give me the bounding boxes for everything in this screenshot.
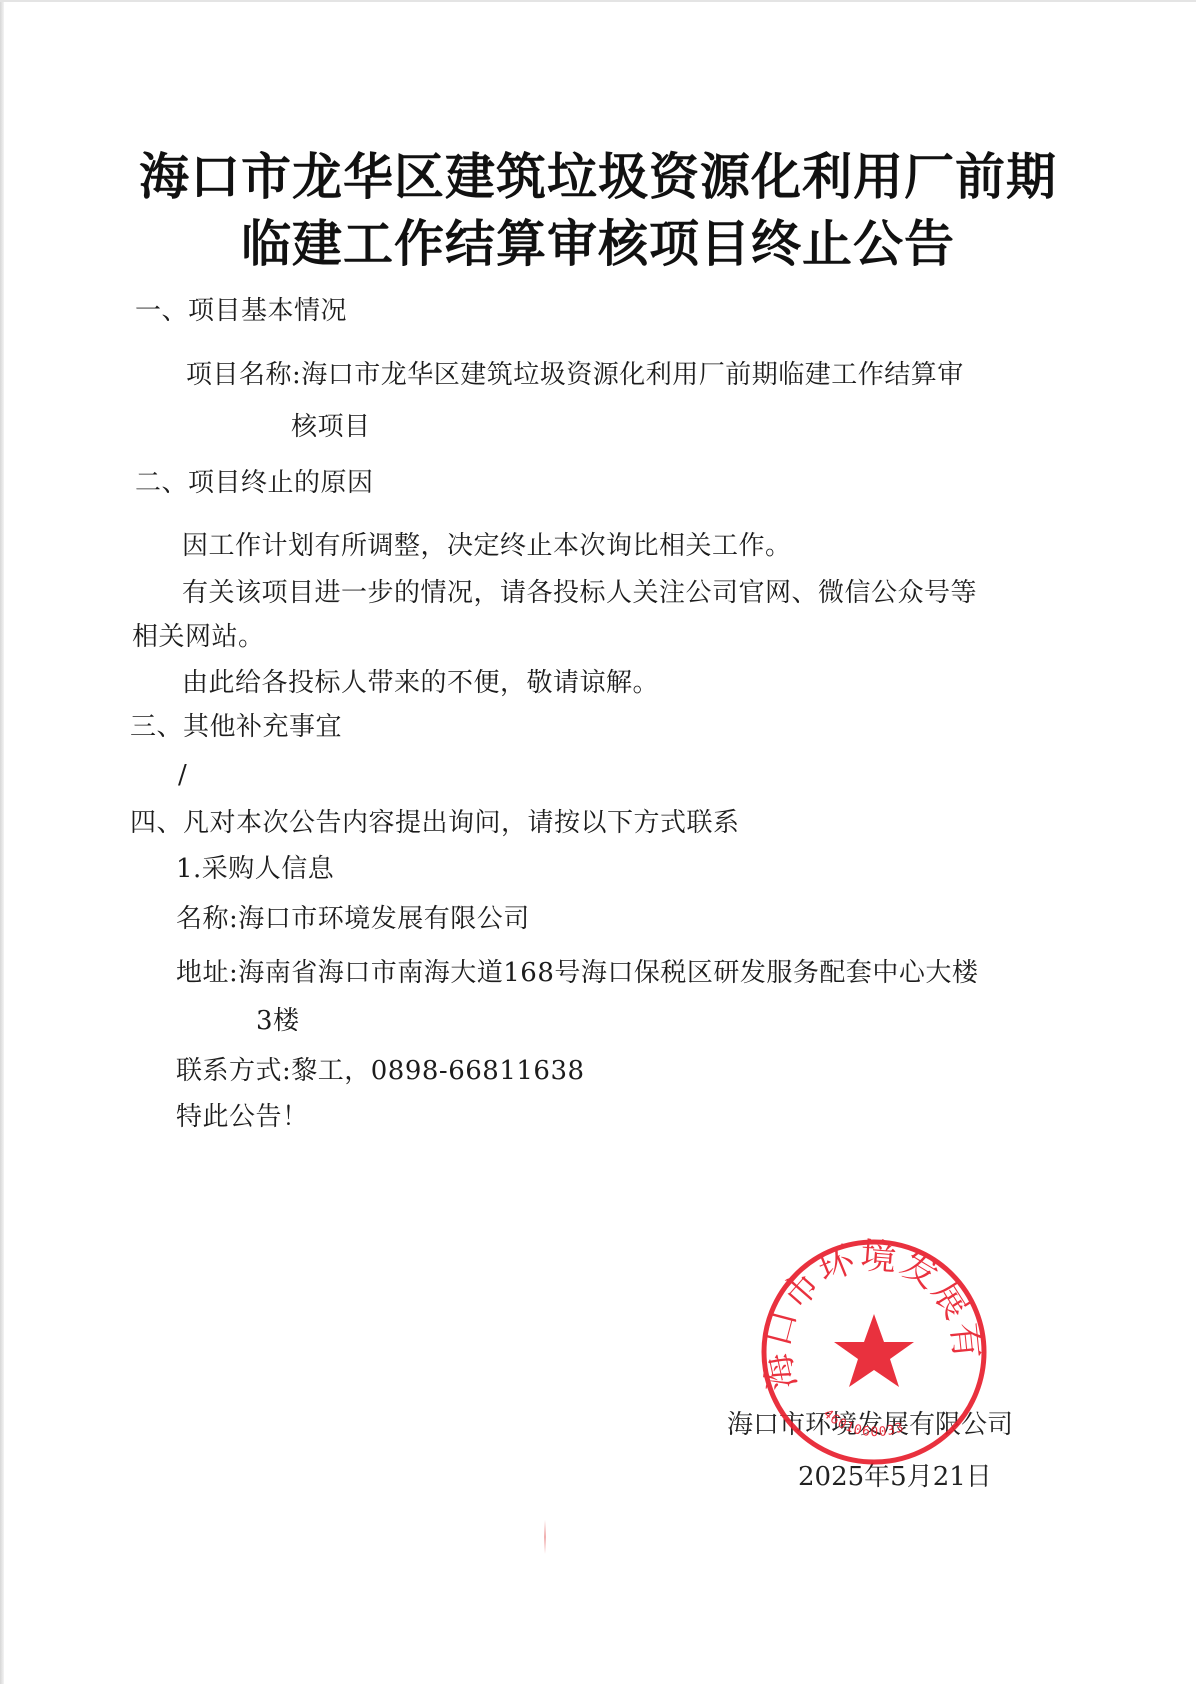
document-title-line-2: 临建工作结算审核项目终止公告	[0, 219, 1196, 269]
purchaser-info-label: 1.采购人信息	[176, 856, 334, 882]
scan-edge-top	[0, 0, 1196, 2]
closing-statement: 特此公告！	[176, 1104, 309, 1130]
star-icon	[834, 1314, 914, 1387]
project-name-line-2: 核项目	[291, 414, 371, 440]
supplementary-value: /	[178, 762, 187, 788]
svg-text:4601060033: 4601060033	[820, 1406, 906, 1440]
section-2-heading: 二、项目终止的原因	[135, 470, 374, 496]
reason-line-2: 有关该项目进一步的情况，请各投标人关注公司官网、微信公众号等	[182, 580, 977, 606]
reason-line-1: 因工作计划有所调整，决定终止本次询比相关工作。	[182, 533, 792, 559]
company-seal: 海口市环境发展有限公司 4601060033	[758, 1236, 990, 1468]
purchaser-contact: 联系方式:黎工，0898-66811638	[176, 1058, 585, 1084]
project-name-line-1: 项目名称:海口市龙华区建筑垃圾资源化利用厂前期临建工作结算审	[186, 362, 964, 388]
apology-line: 由此给各投标人带来的不便，敬请谅解。	[182, 670, 659, 696]
purchaser-address-line-1: 地址:海南省海口市南海大道168号海口保税区研发服务配套中心大楼	[176, 960, 978, 986]
scan-artifact	[544, 1520, 546, 1554]
section-1-heading: 一、项目基本情况	[135, 298, 347, 324]
reason-line-3: 相关网站。	[132, 624, 265, 650]
document-title-line-1: 海口市龙华区建筑垃圾资源化利用厂前期	[0, 152, 1196, 202]
purchaser-name: 名称:海口市环境发展有限公司	[176, 906, 530, 932]
section-3-heading: 三、其他补充事宜	[130, 714, 342, 740]
section-4-heading: 四、凡对本次公告内容提出询问，请按以下方式联系	[130, 810, 740, 836]
purchaser-address-line-2: 3楼	[256, 1008, 300, 1034]
